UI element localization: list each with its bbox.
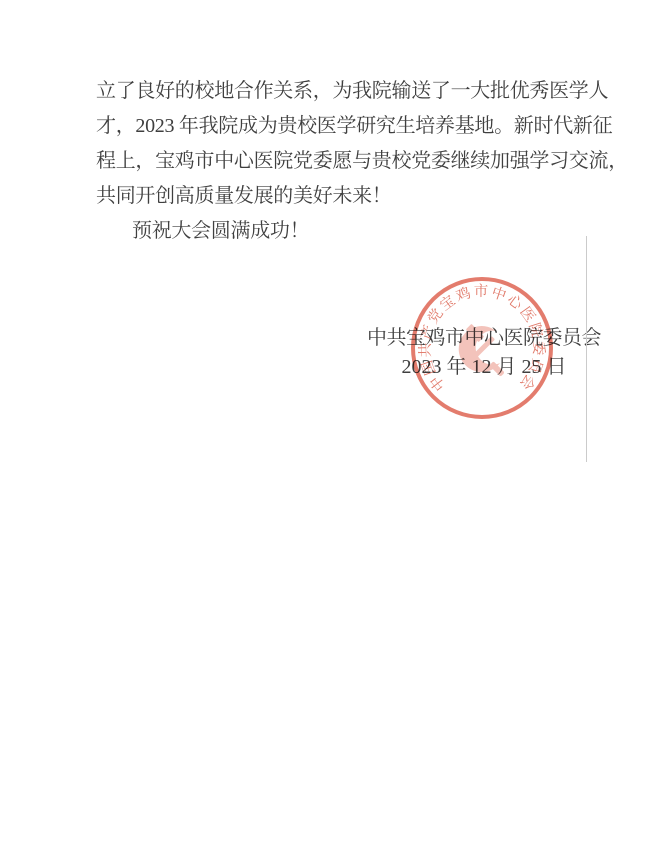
- closing-line: 预祝大会圆满成功！: [96, 214, 606, 249]
- letter-body: 立了良好的校地合作关系，为我院输送了一大批优秀医学人 才，2023 年我院成为贵…: [96, 74, 606, 249]
- body-line-1: 立了良好的校地合作关系，为我院输送了一大批优秀医学人: [96, 74, 606, 109]
- letter-page: 立了良好的校地合作关系，为我院输送了一大批优秀医学人 才，2023 年我院成为贵…: [0, 0, 672, 856]
- body-line-2: 才，2023 年我院成为贵校医学研究生培养基地。新时代新征: [96, 109, 606, 144]
- signature-line: 中共宝鸡市中心医院委员会: [362, 323, 606, 353]
- page-edge-divider: [586, 236, 587, 462]
- date-line: 2023 年 12 月 25 日: [362, 352, 606, 382]
- body-line-3: 程上，宝鸡市中心医院党委愿与贵校党委继续加强学习交流，: [96, 144, 606, 179]
- body-line-4: 共同开创高质量发展的美好未来！: [96, 179, 606, 214]
